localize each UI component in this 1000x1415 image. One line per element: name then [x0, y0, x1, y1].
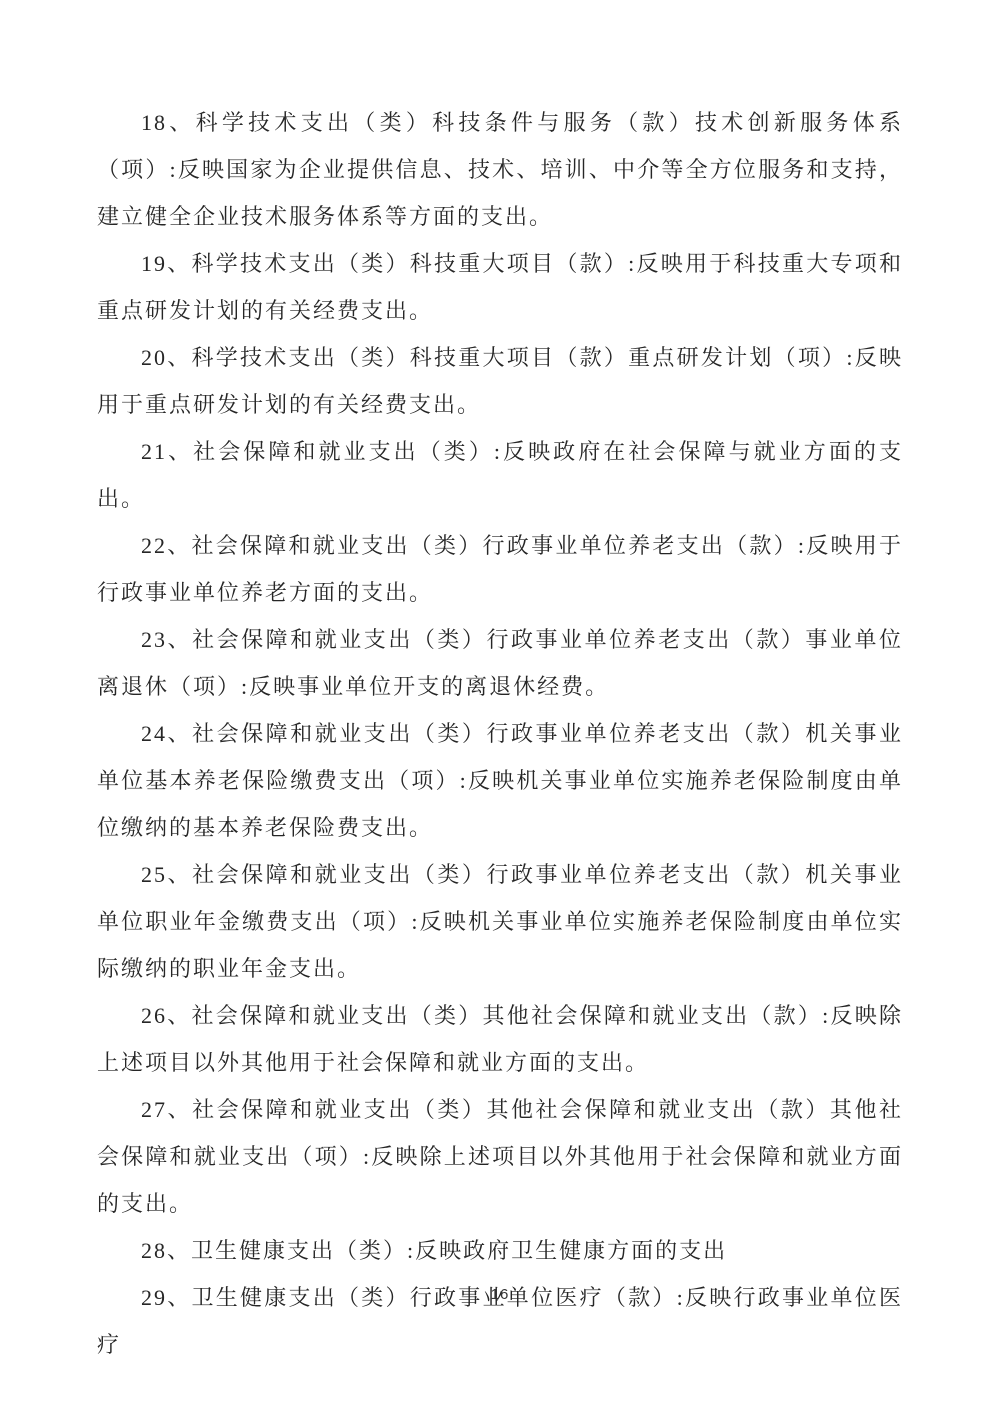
paragraph: 26、社会保障和就业支出（类）其他社会保障和就业支出（款）:反映除上述项目以外其… [97, 992, 903, 1086]
paragraph: 22、社会保障和就业支出（类）行政事业单位养老支出（款）:反映用于行政事业单位养… [97, 522, 903, 616]
document-page: 18、科学技术支出（类）科技条件与服务（款）技术创新服务体系（项）:反映国家为企… [0, 0, 1000, 1415]
paragraph: 20、科学技术支出（类）科技重大项目（款）重点研发计划（项）:反映用于重点研发计… [97, 334, 903, 428]
page-number: 16 [0, 1286, 1000, 1303]
paragraph: 24、社会保障和就业支出（类）行政事业单位养老支出（款）机关事业单位基本养老保险… [97, 710, 903, 851]
paragraph: 19、科学技术支出（类）科技重大项目（款）:反映用于科技重大专项和重点研发计划的… [97, 240, 903, 334]
paragraph: 23、社会保障和就业支出（类）行政事业单位养老支出（款）事业单位离退休（项）:反… [97, 616, 903, 710]
document-body: 18、科学技术支出（类）科技条件与服务（款）技术创新服务体系（项）:反映国家为企… [97, 99, 903, 1368]
paragraph: 25、社会保障和就业支出（类）行政事业单位养老支出（款）机关事业单位职业年金缴费… [97, 851, 903, 992]
paragraph: 28、卫生健康支出（类）:反映政府卫生健康方面的支出 [97, 1227, 903, 1274]
paragraph: 18、科学技术支出（类）科技条件与服务（款）技术创新服务体系（项）:反映国家为企… [97, 99, 903, 240]
paragraph: 21、社会保障和就业支出（类）:反映政府在社会保障与就业方面的支出。 [97, 428, 903, 522]
paragraph: 27、社会保障和就业支出（类）其他社会保障和就业支出（款）其他社会保障和就业支出… [97, 1086, 903, 1227]
